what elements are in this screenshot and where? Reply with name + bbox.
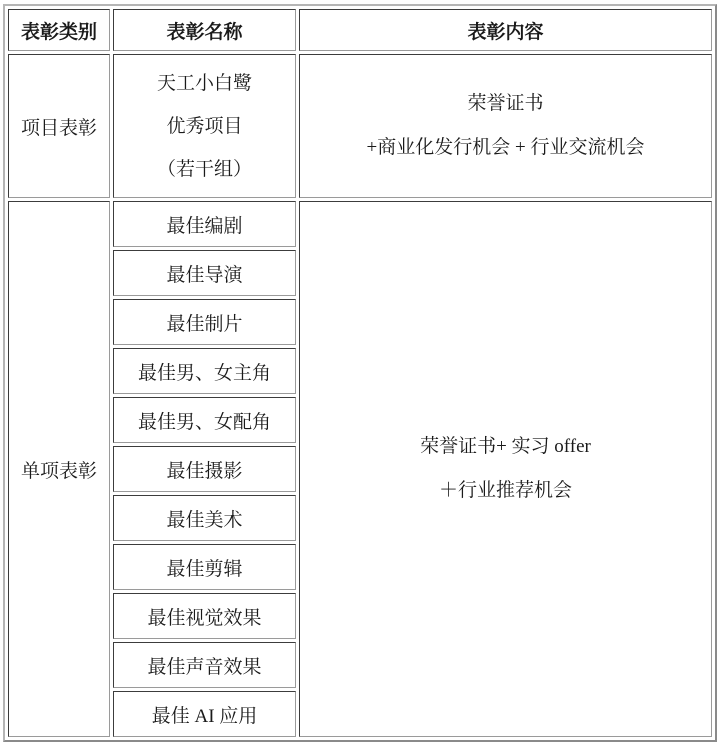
name-cell-project: 天工小白鹭 优秀项目 （若干组） (113, 54, 296, 198)
award-name-cell: 最佳男、女配角 (113, 397, 296, 443)
project-award-row: 项目表彰 天工小白鹭 优秀项目 （若干组） 荣誉证书 +商业化发行机会 + 行业… (8, 54, 712, 198)
content-cell-project: 荣誉证书 +商业化发行机会 + 行业交流机会 (299, 54, 712, 198)
award-name-cell: 最佳美术 (113, 495, 296, 541)
project-name-line-2: 优秀项目 (114, 105, 295, 148)
category-cell-project: 项目表彰 (8, 54, 110, 198)
award-name-cell: 最佳导演 (113, 250, 296, 296)
project-content-line-1: 荣誉证书 (300, 82, 711, 126)
header-row: 表彰类别 表彰名称 表彰内容 (8, 9, 712, 51)
content-cell-individual: 荣誉证书+ 实习 offer ＋行业推荐机会 (299, 201, 712, 737)
project-content-line-2: +商业化发行机会 + 行业交流机会 (300, 126, 711, 170)
award-name-cell: 最佳视觉效果 (113, 593, 296, 639)
award-name-cell: 最佳编剧 (113, 201, 296, 247)
award-name-cell: 最佳 AI 应用 (113, 691, 296, 737)
header-cell-name: 表彰名称 (113, 9, 296, 51)
award-name-cell: 最佳摄影 (113, 446, 296, 492)
award-name-cell: 最佳剪辑 (113, 544, 296, 590)
individual-award-row: 单项表彰 最佳编剧 荣誉证书+ 实习 offer ＋行业推荐机会 (8, 201, 712, 247)
individual-content-line-2: ＋行业推荐机会 (300, 469, 711, 513)
category-cell-individual: 单项表彰 (8, 201, 110, 737)
award-name-cell: 最佳制片 (113, 299, 296, 345)
project-name-line-1: 天工小白鹭 (114, 62, 295, 105)
awards-table: 表彰类别 表彰名称 表彰内容 项目表彰 天工小白鹭 优秀项目 （若干组） 荣誉证… (3, 4, 717, 742)
header-cell-content: 表彰内容 (299, 9, 712, 51)
header-cell-category: 表彰类别 (8, 9, 110, 51)
project-name-line-3: （若干组） (114, 148, 295, 191)
award-name-cell: 最佳男、女主角 (113, 348, 296, 394)
award-name-cell: 最佳声音效果 (113, 642, 296, 688)
individual-content-line-1: 荣誉证书+ 实习 offer (300, 425, 711, 469)
